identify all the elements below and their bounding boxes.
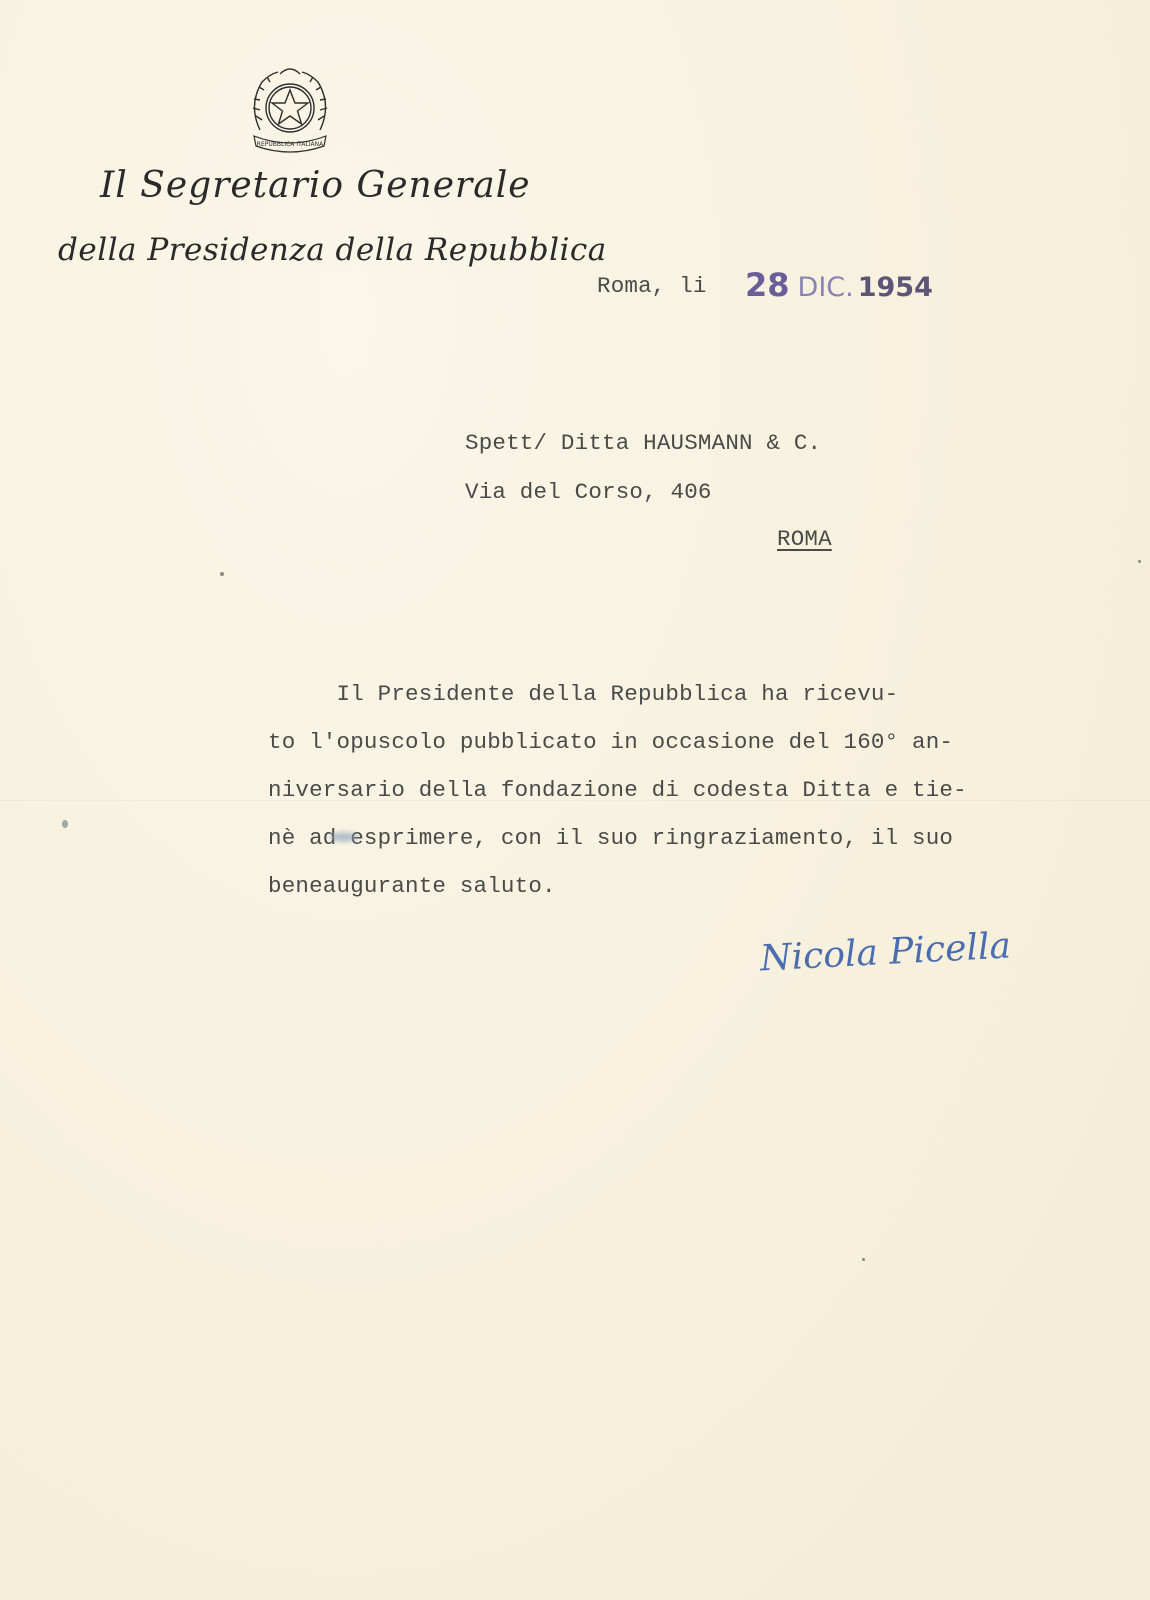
letterhead-title: Il Segretario Generale (100, 165, 531, 206)
stamp-year: 1954 (858, 272, 933, 303)
paper-speck (62, 820, 68, 828)
paper-speck (220, 572, 224, 576)
svg-text:REPUBBLICA ITALIANA: REPUBBLICA ITALIANA (257, 141, 324, 148)
date-stamp: 28DIC.1954 (745, 266, 933, 304)
stamp-month: DIC. (798, 272, 854, 303)
stamp-day: 28 (745, 266, 790, 304)
paper-speck (862, 1258, 865, 1261)
body-line: to l'opuscolo pubblicato in occasione de… (268, 729, 953, 755)
recipient-name: Spett/ Ditta HAUSMANN & C. (465, 430, 821, 456)
body-line: niversario della fondazione di codesta D… (268, 777, 967, 803)
letterhead-subtitle: della Presidenza della Repubblica (58, 232, 607, 268)
paper-speck (1138, 560, 1141, 563)
body-line: nè ad esprimere, con il suo ringraziamen… (268, 825, 953, 851)
recipient-address: Via del Corso, 406 (465, 479, 712, 505)
italian-republic-emblem-icon: REPUBBLICA ITALIANA (240, 60, 340, 160)
body-line: beneaugurante saluto. (268, 873, 556, 899)
recipient-city: ROMA (777, 526, 832, 552)
signature: Nicola Picella (759, 925, 1012, 979)
ink-smudge (330, 832, 358, 842)
body-line: Il Presidente della Repubblica ha ricevu… (268, 681, 898, 707)
date-place: Roma, li (597, 273, 707, 299)
